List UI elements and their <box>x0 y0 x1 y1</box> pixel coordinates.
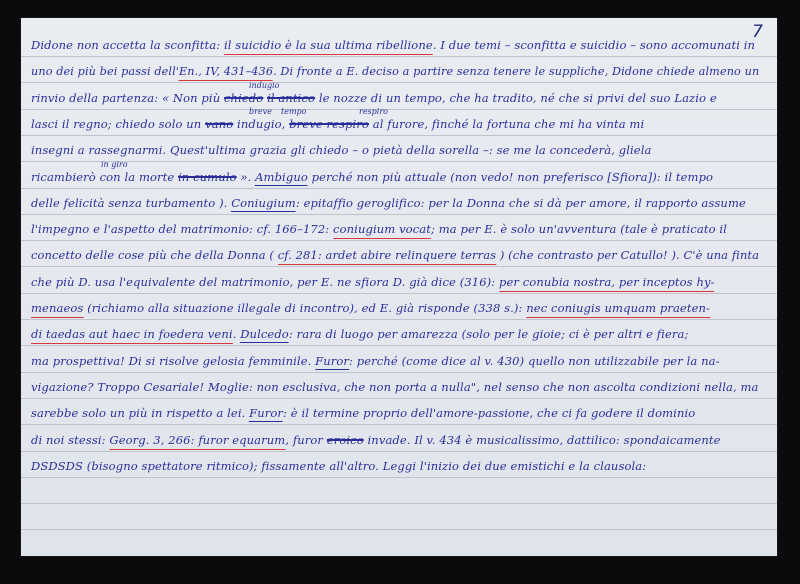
manuscript-line: Didone non accetta la sconfitta: il suic… <box>31 38 755 62</box>
text-segment: concetto delle cose più che della Donna … <box>31 248 278 262</box>
text-segment: uno dei più bei passi dell' <box>31 64 179 78</box>
red-underlined-quote: Georg. 3, 266: furor equarum <box>109 433 285 450</box>
text-segment: indugio <box>233 117 281 131</box>
interlinear-note: tempo <box>281 107 306 116</box>
text-segment: lasci il regno; chiedo solo un <box>31 117 205 131</box>
interlinear-note: in giro <box>101 160 128 169</box>
text-segment: : perché (come dice al v. 430) quello no… <box>349 354 720 368</box>
underlined-keyword: Dulcedo <box>240 327 289 343</box>
red-underlined-quote: menaeos <box>31 301 83 318</box>
manuscript-line: delle felicità senza turbamento ). Coniu… <box>31 196 746 220</box>
manuscript-line: che più D. usa l'equivalente del matrimo… <box>31 275 715 299</box>
text-segment: : epitaffio geroglifico: per la Donna ch… <box>296 196 746 210</box>
text-segment: ricambierò con la morte <box>31 170 178 184</box>
red-underlined-quote: coniugium vocat <box>333 222 431 239</box>
text-segment: . I due temi – sconfitta e suicidio – so… <box>433 38 755 52</box>
manuscript-line: lasci il regno; chiedo solo un vano indu… <box>31 117 644 141</box>
text-segment: , furor <box>285 433 326 447</box>
manuscript-line: di noi stessi: Georg. 3, 266: furor equa… <box>31 433 721 457</box>
text-segment: l'impegno e l'aspetto del matrimonio: cf… <box>31 222 333 236</box>
text-segment: rinvio della partenza: « Non più <box>31 91 224 105</box>
interlinear-note: respiro <box>359 107 388 116</box>
manuscript-line: uno dei più bei passi dell'En., IV, 431–… <box>31 64 759 88</box>
text-segment: invade. Il v. 434 è musicalissimo, datti… <box>364 433 721 447</box>
text-segment: che più D. usa l'equivalente del matrimo… <box>31 275 499 289</box>
underlined-keyword: Furor <box>315 354 349 370</box>
ruled-line <box>21 529 777 530</box>
text-segment: delle felicità senza turbamento ). <box>31 196 231 210</box>
text-segment: Didone non accetta la sconfitta: <box>31 38 224 52</box>
text-segment: DSDSDS (bisogno spettatore ritmico); fis… <box>31 459 646 473</box>
interlinear-note: breve <box>249 107 272 116</box>
manuscript-line: l'impegno e l'aspetto del matrimonio: cf… <box>31 222 727 246</box>
manuscript-line: DSDSDS (bisogno spettatore ritmico); fis… <box>31 459 646 483</box>
text-segment: ) (che contrasto per Catullo! ). C'è una… <box>496 248 759 262</box>
red-underlined-quote: il suicidio è la sua ultima ribellione <box>224 38 433 55</box>
struck-through-word: in cumulo <box>178 170 237 184</box>
struck-through-word: il antico <box>267 91 315 105</box>
text-segment: perché non più attuale (non vedo! non pr… <box>308 170 713 184</box>
text-segment: ma prospettiva! Di si risolve gelosia fe… <box>31 354 315 368</box>
red-underlined-quote: per conubia nostra, per inceptos hy- <box>499 275 715 292</box>
text-segment: al furore, finché la fortuna che mi ha v… <box>369 117 644 131</box>
manuscript-line: menaeos (richiamo alla situazione illega… <box>31 301 710 325</box>
underlined-keyword: Furor <box>249 406 283 422</box>
text-segment: (richiamo alla situazione illegale di in… <box>83 301 526 315</box>
text-segment: . Di fronte a E. deciso a partire senza … <box>273 64 759 78</box>
red-underlined-quote: En., IV, 431–436 <box>179 64 273 81</box>
text-segment: : è il termine proprio dell'amore-passio… <box>283 406 695 420</box>
text-segment: le nozze di un tempo, che ha tradito, né… <box>315 91 717 105</box>
manuscript-line: concetto delle cose più che della Donna … <box>31 248 759 272</box>
red-underlined-quote: cf. 281: ardet abire relinquere terras <box>278 248 496 265</box>
struck-through-word: chiedo <box>224 91 263 105</box>
text-segment: sarebbe solo un più in rispetto a lei. <box>31 406 249 420</box>
ruled-line <box>21 503 777 504</box>
manuscript-line: sarebbe solo un più in rispetto a lei. F… <box>31 406 695 430</box>
struck-through-word: vano <box>205 117 233 131</box>
manuscript-line: vigazione? Troppo Cesariale! Moglie: non… <box>31 380 759 404</box>
manuscript-line: ricambierò con la morte in cumulo ». Amb… <box>31 170 713 194</box>
struck-through-word: eroico <box>327 433 364 447</box>
underlined-keyword: Ambiguo <box>255 170 308 186</box>
text-segment: insegni a rassegnarmi. Quest'ultima graz… <box>31 143 651 157</box>
manuscript-line: di taedas aut haec in foedera veni. Dulc… <box>31 327 688 351</box>
underlined-keyword: Coniugium <box>231 196 296 212</box>
red-underlined-quote: di taedas aut haec in foedera veni <box>31 327 233 344</box>
text-segment: ». <box>237 170 255 184</box>
manuscript-line: ma prospettiva! Di si risolve gelosia fe… <box>31 354 720 378</box>
text-segment: , <box>282 117 290 131</box>
manuscript-page: 7 Didone non accetta la sconfitta: il su… <box>21 18 777 556</box>
struck-through-word: breve respiro <box>289 117 369 131</box>
text-segment: vigazione? Troppo Cesariale! Moglie: non… <box>31 380 759 394</box>
text-segment: di noi stessi: <box>31 433 109 447</box>
text-segment: : rara di luogo per amarezza (solo per l… <box>289 327 689 341</box>
red-underlined-quote: nec coniugis umquam praeten- <box>526 301 710 318</box>
text-segment: ; ma per E. è solo un'avventura (tale è … <box>431 222 727 236</box>
interlinear-note: indugio <box>249 81 279 90</box>
